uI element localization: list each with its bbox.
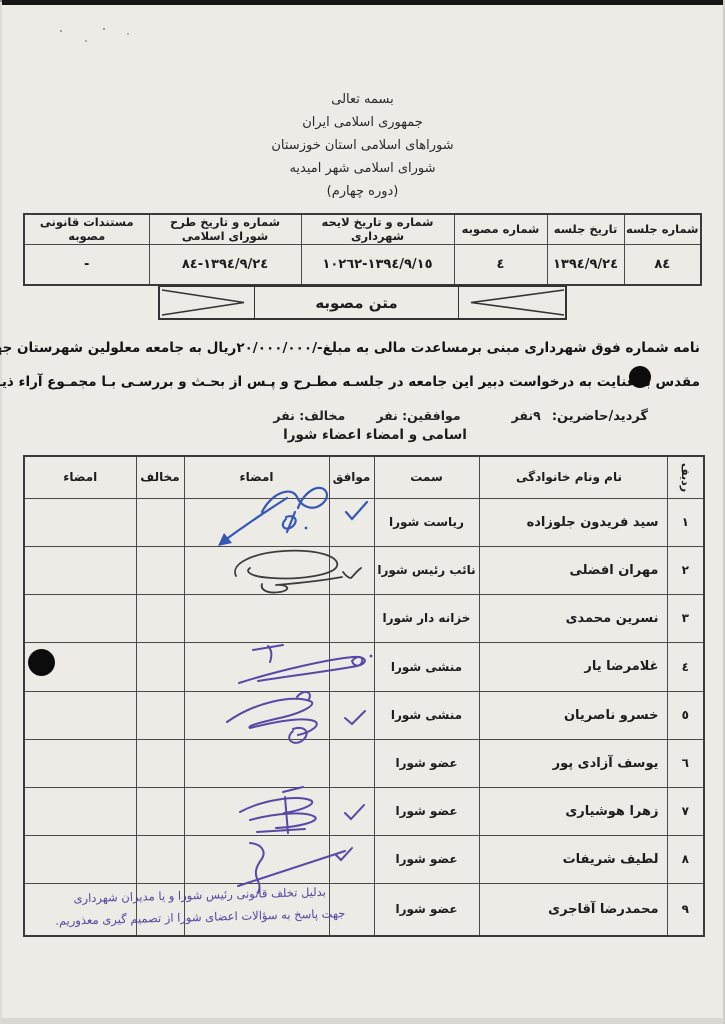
agree-cell	[329, 498, 374, 546]
agree-cell	[329, 739, 374, 787]
oppose-cell	[136, 835, 184, 883]
member-row: ١ سید فریدون جلوزاده ریاست شورا	[24, 498, 704, 546]
signature2-cell	[24, 883, 136, 936]
session-info-table: شماره جلسه تاریخ جلسه شماره مصوبه شماره …	[23, 213, 702, 286]
header-agree: موافق	[329, 456, 374, 498]
info-value-row: ٨٤ ١٣٩٤/٩/٢٤ ٤ ١٣٩٤/٩/١٥-١٠٢٦٢ ١٣٩٤/٩/٢٤…	[24, 244, 701, 285]
letterhead: بسمه تعالی جمهوری اسلامی ایران شوراهای ا…	[0, 88, 725, 203]
member-row: ٣ نسرین محمدی خزانه دار شورا	[24, 594, 704, 642]
term-line: (دوره چهارم)	[0, 180, 725, 203]
member-row: ٧ زهرا هوشیاری عضو شورا	[24, 787, 704, 835]
value-resolution-no: ٤	[454, 244, 547, 285]
signature2-cell	[24, 546, 136, 594]
member-no: ٢	[667, 546, 704, 594]
signature2-cell	[24, 594, 136, 642]
member-row: ٨ لطیف شریفات عضو شورا	[24, 835, 704, 883]
signature-cell	[184, 787, 329, 835]
header-signature: امضاء	[184, 456, 329, 498]
member-name: غلامرضا یار	[479, 642, 667, 691]
value-plan-no-date: ١٣٩٤/٩/٢٤-٨٤	[149, 244, 301, 285]
header-session-date: تاریخ جلسه	[547, 214, 624, 244]
oppose-cell	[136, 883, 184, 936]
agree-cell	[329, 883, 374, 936]
signature2-cell	[24, 739, 136, 787]
member-row: ٥ خسرو ناصریان منشی شورا	[24, 691, 704, 739]
member-position: نائب رئیس شورا	[374, 546, 479, 594]
members-section-title: اسامی و امضاء اعضاء شورا	[50, 427, 700, 443]
banner-chevron-right-icon	[458, 287, 565, 318]
header-legal-docs: مستندات قانونی مصوبه	[24, 214, 149, 244]
member-position: خزانه دار شورا	[374, 594, 479, 642]
signature2-cell	[24, 787, 136, 835]
signature-cell	[184, 546, 329, 594]
oppose-cell	[136, 498, 184, 546]
resolution-text-line-1: نامه شماره فوق شهرداری مبنی برمساعدت مال…	[23, 340, 700, 356]
member-no: ٣	[667, 594, 704, 642]
hole-punch-dot	[629, 366, 651, 388]
member-name: زهرا هوشیاری	[479, 787, 667, 835]
member-no: ٩	[667, 883, 704, 936]
scan-edge-top	[0, 0, 725, 5]
signature-cell	[184, 835, 329, 883]
banner-title: متن مصوبه	[255, 287, 458, 318]
header-resolution-no: شماره مصوبه	[454, 214, 547, 244]
agree-cell	[329, 642, 374, 691]
member-position: عضو شورا	[374, 835, 479, 883]
attendance-label: گردید/حاضرین:	[552, 409, 648, 424]
member-no: ١	[667, 498, 704, 546]
signature2-cell	[24, 498, 136, 546]
value-bill-no-date: ١٣٩٤/٩/١٥-١٠٢٦٢	[301, 244, 454, 285]
member-name: خسرو ناصریان	[479, 691, 667, 739]
info-header-row: شماره جلسه تاریخ جلسه شماره مصوبه شماره …	[24, 214, 701, 244]
signature-cell	[184, 691, 329, 739]
member-row: ٩ محمدرضا آقاجری عضو شورا	[24, 883, 704, 936]
attendance-line: گردید/حاضرین: ۹نفر موافقین: نفر مخالف: ن…	[73, 405, 648, 424]
value-session-no: ٨٤	[624, 244, 701, 285]
value-legal-docs: -	[24, 244, 149, 285]
signature2-cell	[24, 835, 136, 883]
header-plan-no-date: شماره و تاریخ طرح شورای اسلامی	[149, 214, 301, 244]
hole-punch-dot	[28, 649, 55, 676]
oppose-cell	[136, 546, 184, 594]
province-councils-line: شوراهای اسلامی استان خوزستان	[0, 134, 725, 157]
agree-cell	[329, 546, 374, 594]
members-header-row: ردیف نام ونام خانوادگی سمت موافق امضاء م…	[24, 456, 704, 498]
row-no-rotated-label: ردیف	[679, 463, 692, 492]
attendance-oppose-count: مخالف: نفر	[273, 408, 345, 423]
member-position: منشی شورا	[374, 642, 479, 691]
signature-cell	[184, 594, 329, 642]
member-name: محمدرضا آقاجری	[479, 883, 667, 936]
city-council-line: شورای اسلامی شهر امیدیه	[0, 157, 725, 180]
scanned-council-resolution-page: بسمه تعالی جمهوری اسلامی ایران شوراهای ا…	[0, 0, 725, 1024]
member-position: ریاست شورا	[374, 498, 479, 546]
member-name: لطیف شریفات	[479, 835, 667, 883]
agree-cell	[329, 691, 374, 739]
member-name: یوسف آزادی پور	[479, 739, 667, 787]
banner-chevron-left-icon	[160, 287, 255, 318]
besmele-line: بسمه تعالی	[0, 88, 725, 111]
scan-edge-bottom	[0, 1018, 725, 1024]
member-position: منشی شورا	[374, 691, 479, 739]
signature-cell	[184, 739, 329, 787]
header-oppose: مخالف	[136, 456, 184, 498]
signature2-cell	[24, 691, 136, 739]
oppose-cell	[136, 691, 184, 739]
member-no: ٦	[667, 739, 704, 787]
header-bill-no-date: شماره و تاریخ لایحه شهرداری	[301, 214, 454, 244]
header-signature-2: امضاء	[24, 456, 136, 498]
attendance-present-count: ۹نفر	[512, 408, 541, 423]
oppose-cell	[136, 739, 184, 787]
member-row: ٦ یوسف آزادی پور عضو شورا	[24, 739, 704, 787]
agree-cell	[329, 594, 374, 642]
members-table: ردیف نام ونام خانوادگی سمت موافق امضاء م…	[23, 455, 705, 937]
oppose-cell	[136, 787, 184, 835]
member-position: عضو شورا	[374, 787, 479, 835]
signature-cell	[184, 883, 329, 936]
member-position: عضو شورا	[374, 883, 479, 936]
member-no: ٤	[667, 642, 704, 691]
agree-cell	[329, 835, 374, 883]
signature-cell	[184, 498, 329, 546]
oppose-cell	[136, 594, 184, 642]
header-name: نام ونام خانوادگی	[479, 456, 667, 498]
header-position: سمت	[374, 456, 479, 498]
member-row: ٤ غلامرضا یار منشی شورا	[24, 642, 704, 691]
member-position: عضو شورا	[374, 739, 479, 787]
member-no: ٨	[667, 835, 704, 883]
scan-specks	[0, 0, 2, 2]
member-no: ٥	[667, 691, 704, 739]
resolution-text-line-2: مقدس با عنایت به درخواست دبیر این جامعه …	[23, 374, 700, 390]
oppose-cell	[136, 642, 184, 691]
member-row: ٢ مهران افضلی نائب رئیس شورا	[24, 546, 704, 594]
resolution-banner: متن مصوبه	[158, 285, 567, 320]
republic-line: جمهوری اسلامی ایران	[0, 111, 725, 134]
member-name: مهران افضلی	[479, 546, 667, 594]
agree-cell	[329, 787, 374, 835]
member-name: سید فریدون جلوزاده	[479, 498, 667, 546]
header-row-no: ردیف	[667, 456, 704, 498]
member-no: ٧	[667, 787, 704, 835]
signature-cell	[184, 642, 329, 691]
header-session-no: شماره جلسه	[624, 214, 701, 244]
member-name: نسرین محمدی	[479, 594, 667, 642]
attendance-agree-count: موافقین: نفر	[376, 408, 460, 423]
value-session-date: ١٣٩٤/٩/٢٤	[547, 244, 624, 285]
